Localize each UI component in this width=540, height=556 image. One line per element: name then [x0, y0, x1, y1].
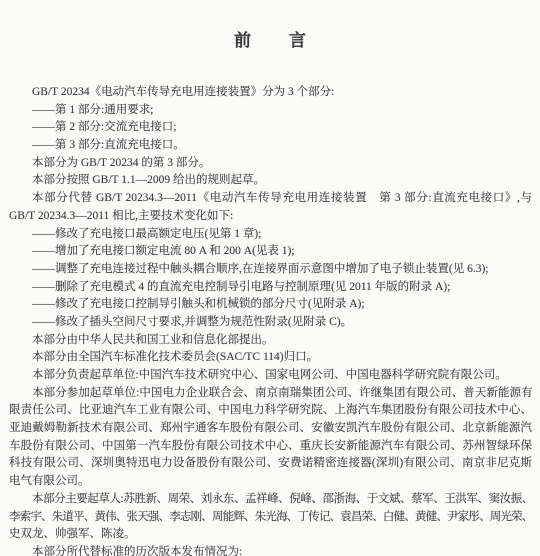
text-line: 本部分代替 GB/T 20234.3—2011《电动汽车传导充电用连接装置 第 …	[9, 190, 532, 208]
text-line: 本部分由中华人民共和国工业和信息化部提出。	[9, 332, 532, 350]
text-line: GB/T 20234《电动汽车传导充电用连接装置》分为 3 个部分:	[9, 84, 532, 102]
page-title-char-1: 前	[234, 26, 251, 51]
text-line: 本部分主要起草人:苏胜新、周荣、刘永东、孟祥峰、倪峰、邵浙海、于文斌、蔡军、王洪…	[9, 491, 532, 509]
text-line: 本部分按照 GB/T 1.1—2009 给出的规则起草。	[9, 172, 532, 190]
text-line: 电气有限公司。	[9, 473, 532, 491]
text-line: 本部分负责起草单位:中国汽车技术研究中心、国家电网公司、中国电器科学研究院有限公…	[9, 367, 532, 385]
document-body: GB/T 20234《电动汽车传导充电用连接装置》分为 3 个部分: ——第 1…	[9, 84, 532, 556]
text-line: 本部分为 GB/T 20234 的第 3 部分。	[9, 155, 532, 173]
text-line: ——调整了充电连接过程中触头耦合顺序,在连接界面示意图中增加了电子锁止装置(见 …	[9, 261, 532, 279]
page-title: 前 言	[0, 26, 540, 51]
text-line: ——修改了充电接口最高额定电压(见第 1 章);	[9, 226, 532, 244]
page-title-char-2: 言	[289, 26, 306, 51]
text-line: 亚迪戴姆勒新技术有限公司、郑州宇通客车股份有限公司、安徽安凯汽车股份有限公司、北…	[9, 420, 532, 438]
text-line: 限责任公司、比亚迪汽车工业有限公司、中国电力科学研究院、上海汽车集团股份有限公司…	[9, 402, 532, 420]
text-line: 本部分由全国汽车标准化技术委员会(SAC/TC 114)归口。	[9, 349, 532, 367]
text-line: GB/T 20234.3—2011 相比,主要技术变化如下:	[9, 208, 532, 226]
text-line: ——删除了充电模式 4 的直流充电控制导引电路与控制原理(见 2011 年版的附…	[9, 279, 532, 297]
text-line: ——第 2 部分:交流充电接口;	[9, 119, 532, 137]
text-line: ——修改了充电接口控制导引触头和机械锁的部分尺寸(见附录 A);	[9, 296, 532, 314]
text-line: ——增加了充电接口额定电流 80 A 和 200 A(见表 1);	[9, 243, 532, 261]
text-line: 李索宇、朱道平、黄伟、张天强、李志刚、周能辉、朱光海、丁传记、袁昌荣、白健、黄健…	[9, 509, 532, 527]
text-line: ——第 1 部分:通用要求;	[9, 102, 532, 120]
text-line: 本部分所代替标准的历次版本发布情况为:	[9, 544, 532, 556]
text-line: 科技有限公司、深圳奥特迅电力设备股份有限公司、安费诺精密连接器(深圳)有限公司、…	[9, 455, 532, 473]
text-line: 史双龙、帅强军、陈凌。	[9, 526, 532, 544]
text-line: ——修改了插头空间尺寸要求,并调整为规范性附录(见附录 C)。	[9, 314, 532, 332]
text-line: 本部分参加起草单位:中国电力企业联合会、南京南瑞集团公司、许继集团有限公司、普天…	[9, 385, 532, 403]
text-line: ——第 3 部分:直流充电接口。	[9, 137, 532, 155]
text-line: 车股份有限公司、中国第一汽车股份有限公司技术中心、重庆长安新能源汽车有限公司、苏…	[9, 438, 532, 456]
